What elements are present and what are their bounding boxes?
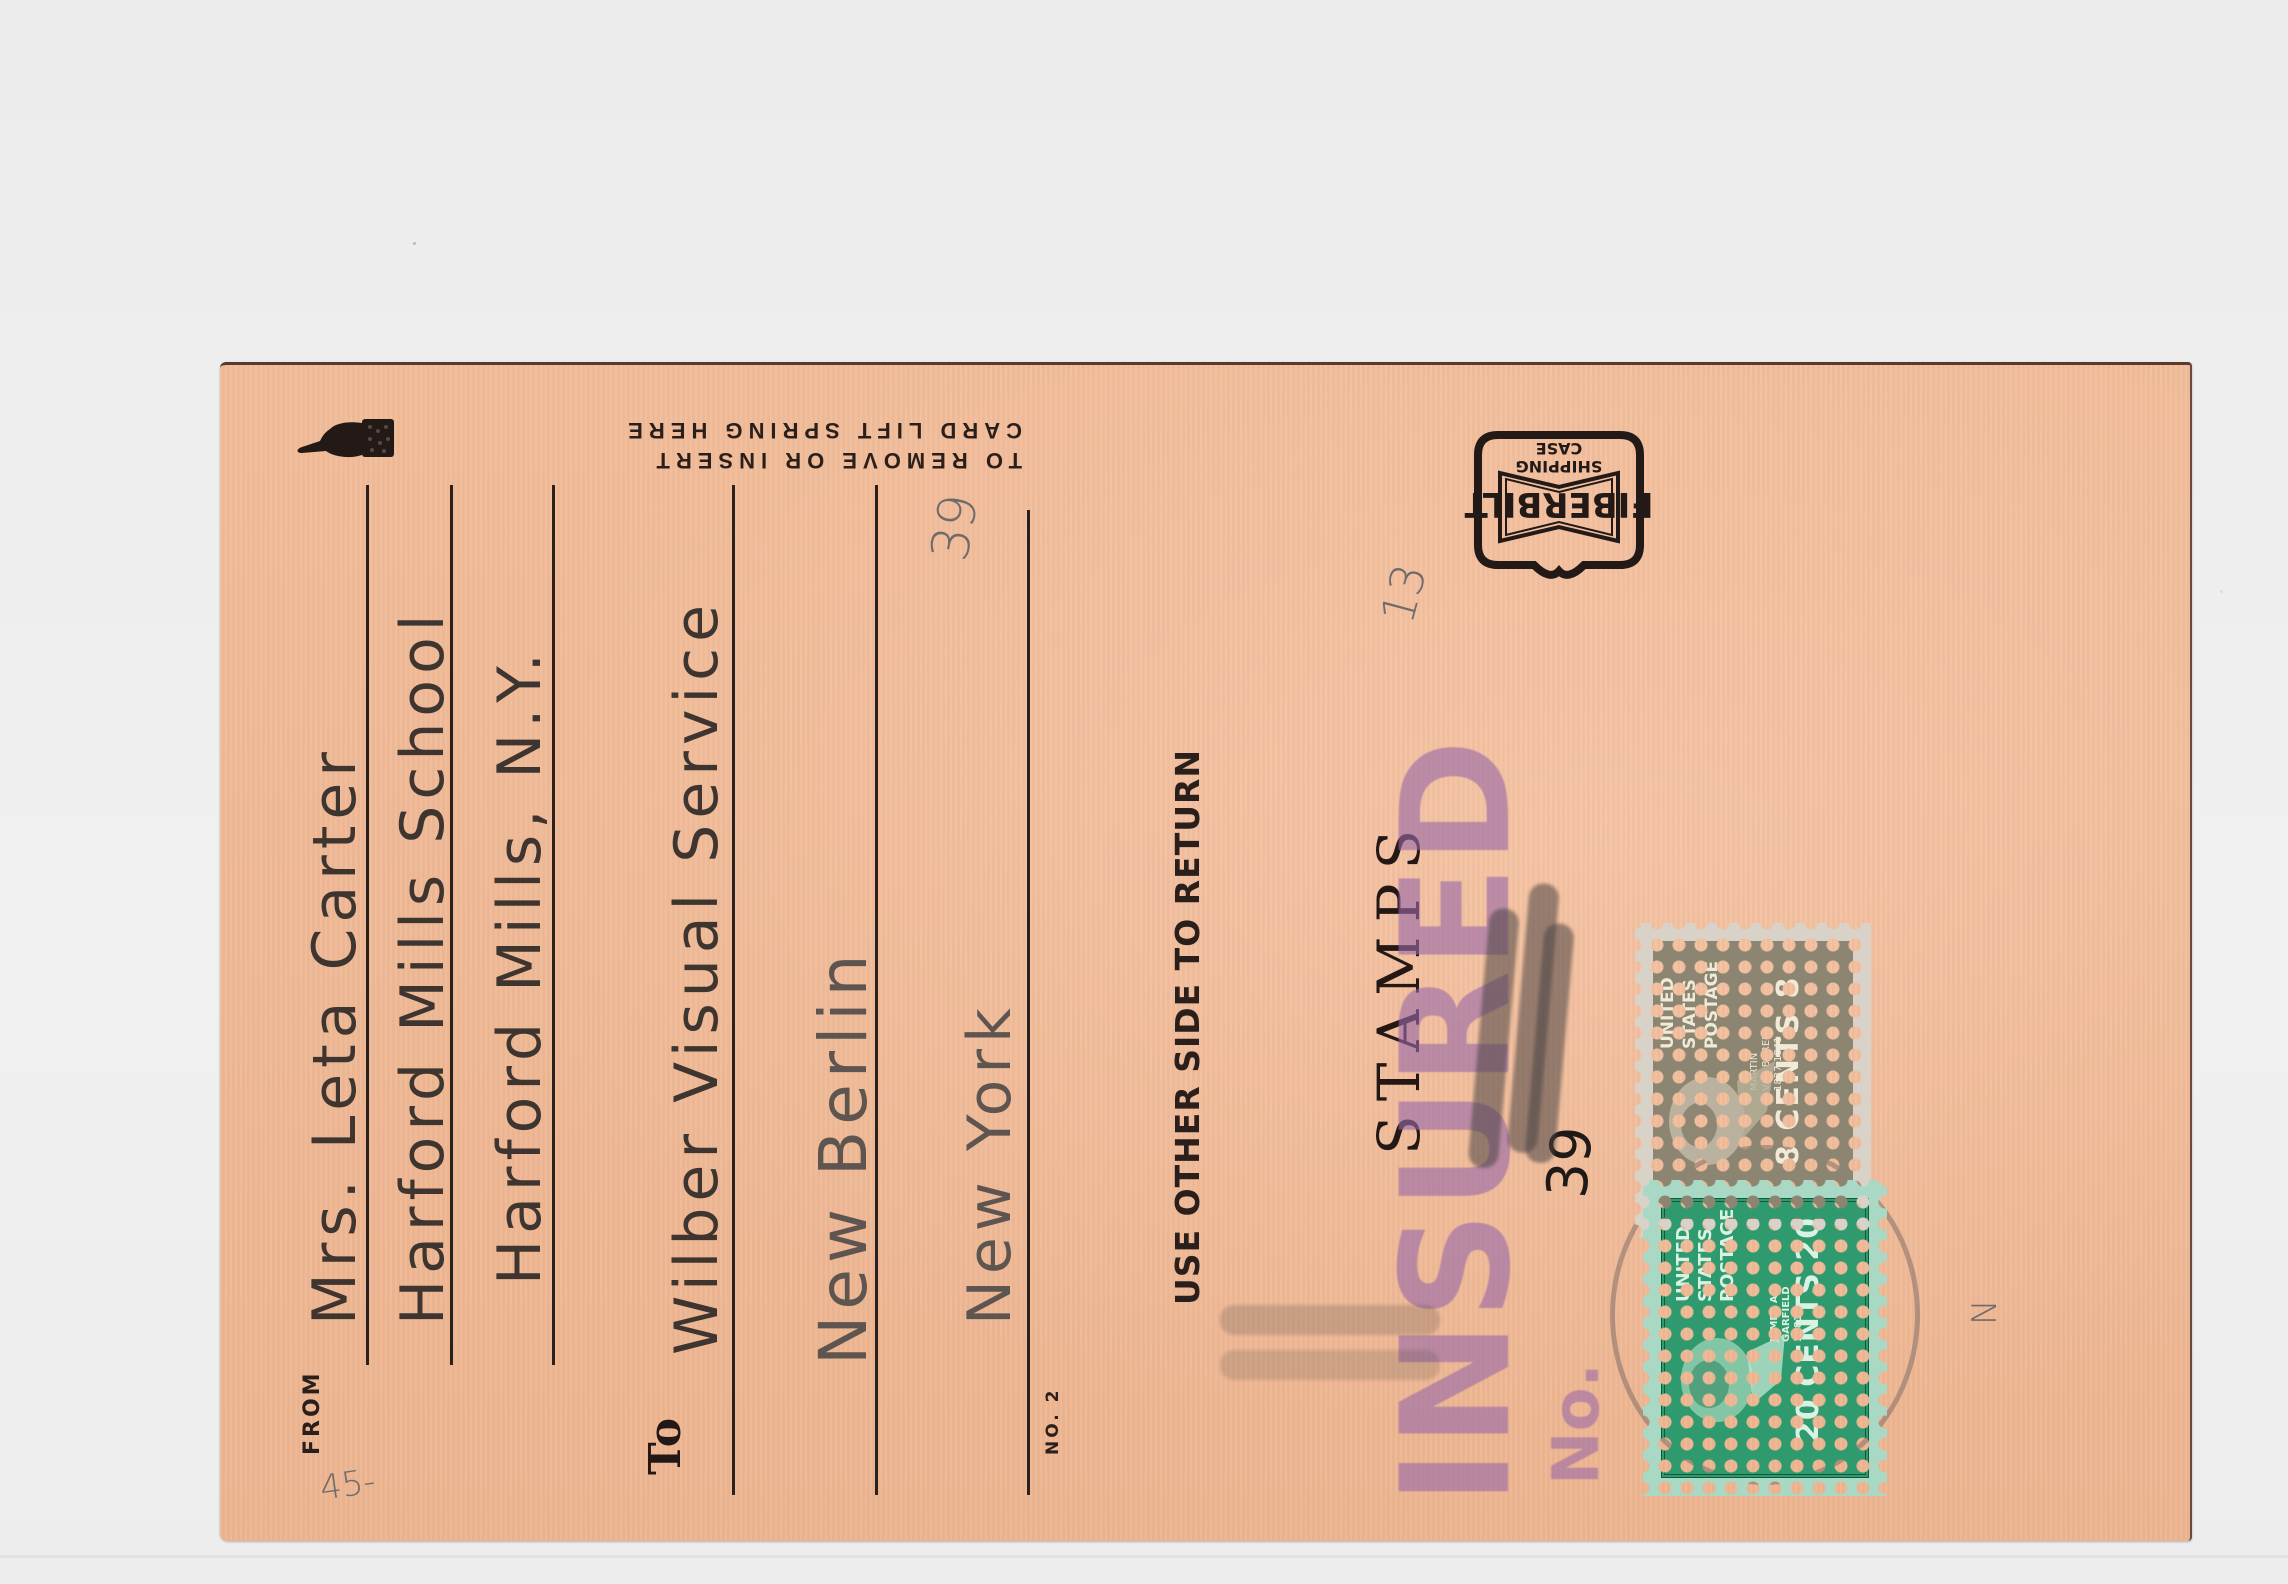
cancellation-bar: [1220, 1305, 1440, 1335]
svg-text:FIBERBILT: FIBERBILT: [1464, 484, 1654, 524]
lift-spring-instruction: TO REMOVE OR INSERT CARD LIFT SPRING HER…: [402, 415, 1022, 475]
pencil-note-45: 45-: [317, 1461, 378, 1508]
instruction-line-2: CARD LIFT SPRING HERE: [402, 415, 1022, 445]
pencil-note-39: 39: [920, 490, 991, 566]
address-rule: [1027, 510, 1030, 1495]
address-rule: [732, 485, 735, 1495]
instruction-line-1: TO REMOVE OR INSERT: [402, 445, 1022, 475]
stamp-country: UNITED STATES POSTAGE: [1673, 1209, 1739, 1302]
pencil-note-13: 13: [1370, 558, 1437, 629]
scanner-edge: [0, 1555, 2288, 1558]
dust-speck: [2220, 590, 2223, 593]
recipient-state: New York: [955, 1002, 1025, 1325]
stamp-denomination: 20 CENTS 20: [1791, 1217, 1826, 1442]
van-buren-portrait-icon: [1657, 1051, 1777, 1181]
cancellation-bar: [1220, 1350, 1440, 1380]
to-label: To: [640, 1418, 691, 1475]
stamp-country: UNITED STATES POSTAGE: [1657, 961, 1723, 1049]
return-note: USE OTHER SIDE TO RETURN: [1168, 749, 1207, 1305]
svg-text:SHIPPING: SHIPPING: [1516, 457, 1603, 476]
svg-text:CASE: CASE: [1536, 439, 1583, 458]
pencil-note-n: N: [1965, 1300, 2005, 1325]
stamp-20-cents: UNITED STATES POSTAGE JAMES A. GARFIELD …: [1643, 1180, 1887, 1496]
from-label: FROM: [300, 1370, 325, 1455]
recipient-name: Wilber Visual Service: [662, 599, 732, 1355]
fiberbilt-logo: FIBERBILT SHIPPING CASE: [1464, 415, 1654, 585]
garfield-portrait-icon: [1669, 1312, 1789, 1442]
pointing-hand-icon: [296, 417, 396, 461]
mailing-card: TO REMOVE OR INSERT CARD LIFT SPRING HER…: [220, 362, 2192, 1541]
recipient-city: New Berlin: [805, 949, 882, 1365]
insured-number-label: No.: [1540, 1363, 1614, 1485]
sender-town: Harford Mills, N.Y.: [485, 647, 555, 1285]
sender-school: Harford Mills School: [388, 609, 458, 1325]
sender-name: Mrs. Leta Carter: [300, 746, 370, 1325]
dust-speck: [413, 242, 416, 245]
form-number: NO. 2: [1043, 1387, 1063, 1455]
